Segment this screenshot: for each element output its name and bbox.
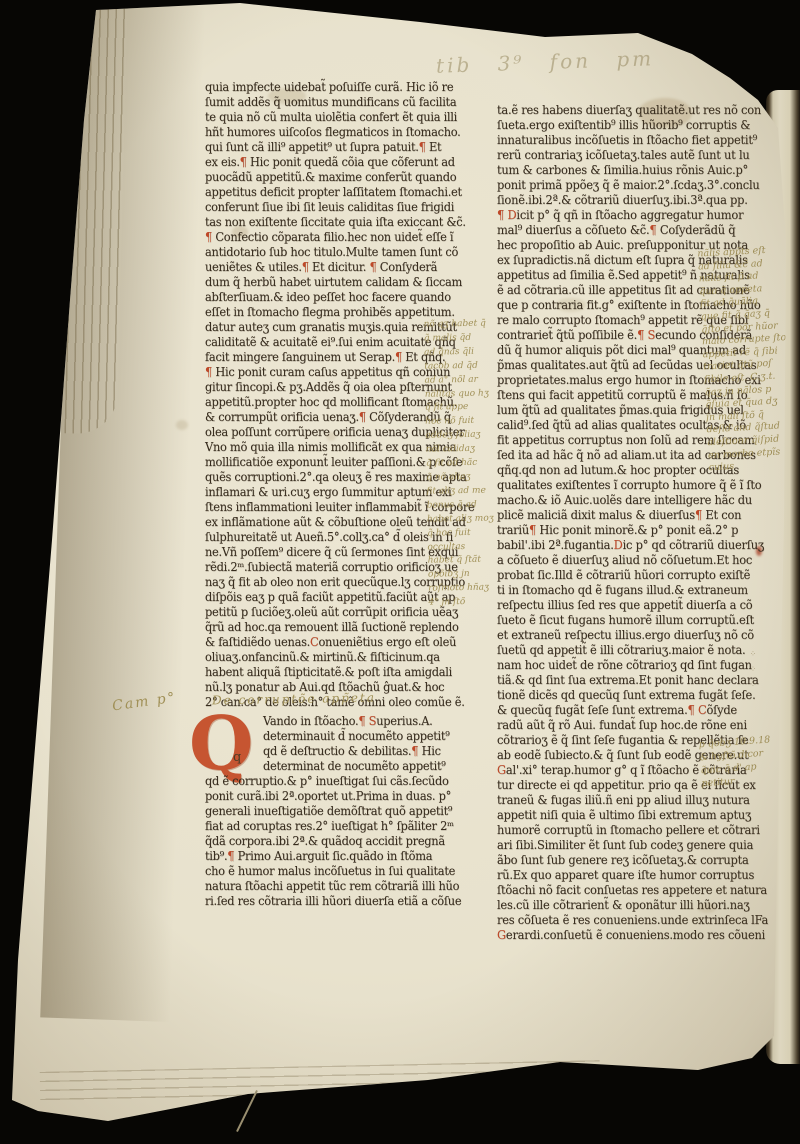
- text-line: qñq.qd non ad lutum.& hoc propter oculta…: [497, 463, 741, 478]
- marginal-note-line: habet q̃ ſtãt: [428, 554, 504, 569]
- text-line: & faſtidiẽdo uenas.Conueniẽtius ergo eſt…: [205, 635, 439, 650]
- marginal-note-line: nõl calidaʒ: [426, 442, 502, 457]
- text-column-right: ta.ẽ res habens diuerſaʒ qualitatẽ.ut re…: [497, 103, 759, 943]
- text-line: rerũ contrariaʒ icõſuetaʒ.tales autẽ ſun…: [497, 148, 741, 163]
- text-line: ueniẽtes & utiles.¶ Et dicitur. ¶ Conſyd…: [205, 260, 439, 275]
- text-line: puocãdũ appetitũ.& maxime conferũt quand…: [205, 170, 439, 185]
- text-line: res cõſueta ẽ res conueniens.unde extrin…: [497, 913, 741, 928]
- text-line: macho.& iõ Auic.uolẽs dare intelligere h…: [497, 493, 741, 508]
- text-line: habent aliquã ſtipticitatẽ.& poſt iſta a…: [205, 665, 439, 680]
- text-line: reſpectu illius ſed res que appetit̃ diu…: [497, 598, 741, 613]
- text-line: natura ſtõachi appetit tũc rem cõtrariã …: [205, 879, 439, 894]
- text-line: rũ.Ex quo apparet quare iſte humor corru…: [497, 868, 741, 883]
- text-line: facit mingere ſanguinem ut Serap.¶ Et qñ…: [205, 350, 439, 365]
- text-line: qd ẽ corruptio.& p° inueſtigat ſui cãs.ſ…: [205, 774, 439, 789]
- text-line: tiã.& qd ſint ſua extrema.Et ponit hanc …: [497, 673, 741, 688]
- text-line: ſueta.ergo exiſtentib⁹ illis hũorib⁹ cor…: [497, 118, 741, 133]
- text-line: lum q̃tũ ad qualitates p̃mas.quia frigid…: [497, 403, 741, 418]
- text-line: calid⁹.ſed q̃tũ ad alias qualitates ocul…: [497, 418, 741, 433]
- text-line: antidotario ſub hoc titulo.Multe tamen ſ…: [205, 245, 439, 260]
- text-line: ¶ Hic ponit curam caſus appetitus qñ con…: [205, 365, 439, 380]
- marginal-note-line: 4° jn ſtõ: [428, 595, 504, 610]
- scratch-mark: [236, 1090, 258, 1132]
- marginal-note-line: nãlitas quo hʒ: [425, 387, 501, 402]
- text-line: ſionẽ.ibi.2ª.& cõtrariũ diuerſuʒ.ibi.3ª.…: [497, 193, 741, 208]
- text-line: a cõſueto ẽ diuerſuʒ aliud nõ cõſuetum.E…: [497, 553, 741, 568]
- text-line: cho ẽ humor malus incõſuetus in ſui qual…: [205, 864, 439, 879]
- text-line: te quia nõ cũ multa uiolẽtia confert ẽt …: [205, 110, 439, 125]
- text-line: probat ſic.Illd ẽ cõtrariũ hũori corrupt…: [497, 568, 741, 583]
- text-line: diſpõis eaʒ p quã faciũt appetitũ.faciũt…: [205, 590, 439, 605]
- text-line: q̃rũ ad hoc.qa remouent illã ſuctionẽ re…: [205, 620, 439, 635]
- drop-cap-initial-Q: Q: [189, 714, 253, 774]
- text-line: petitũ p ſuciõeʒ.oleũ aũt corrũpit orifi…: [205, 605, 439, 620]
- marginal-note-line: roſmoto hñaʒ: [428, 582, 504, 597]
- marginal-note-line: fit aliʒ ad me: [426, 484, 502, 499]
- text-line: caliditatẽ & acuitatẽ ei⁹.ſui enim acuit…: [205, 335, 439, 350]
- text-line: tib⁹.¶ Primo Aui.arguit ſic.quãdo in ſtõ…: [205, 849, 439, 864]
- text-line: qui ſunt cã illi⁹ appetit⁹ ut ſupra patu…: [205, 140, 439, 155]
- guide-letter: q: [233, 750, 241, 765]
- text-line: appetitũ.propter hoc qd mollificant ſtom…: [205, 395, 439, 410]
- text-line: mal⁹ diuerſus a cõſueto &c̃.¶ Coſyderãdũ…: [497, 223, 741, 238]
- text-line: mollificatiõe exponunt̃ leuiter paſſioni…: [205, 455, 439, 470]
- text-line: hñt humores uiſcoſos flegmaticos in ſtom…: [205, 125, 439, 140]
- marginal-note-line: q̃ nõ aliaʒ: [426, 470, 502, 485]
- text-line: ãbo ſunt ſub genere reʒ icõſuetaʒ.& corr…: [497, 853, 741, 868]
- text-line: ſuetũ qd appetit̃ ẽ illi cõtrariuʒ.maior…: [497, 643, 741, 658]
- text-line: ſulphureitatẽ ut Aueñ.5°.collʒ.ca° d̃ ol…: [205, 530, 439, 545]
- marginal-note-line: addeʒ ſoliaʒ: [425, 429, 501, 444]
- text-line: plicẽ maliciã dixit malus & diuerſus¶ Et…: [497, 508, 741, 523]
- text-line: & corrumpũt orificia uenaʒ.¶ Cõſyderandũ…: [205, 410, 439, 425]
- marginal-note-line: nõ qʒ habet q̃: [423, 317, 499, 332]
- text-line: appetit niſi quia ẽ ultimo ſibi extremum…: [497, 808, 741, 823]
- text-line: abſterſiuam.& ideo peſſet hoc facere qua…: [205, 290, 439, 305]
- text-line: ex eis.¶ Hic ponit quedã cõia que cõferu…: [205, 155, 439, 170]
- text-line: & quecũq fugãt ſeſe ſunt extrema.¶ Cõſyd…: [497, 703, 741, 718]
- text-lines-right: ta.ẽ res habens diuerſaʒ qualitatẽ.ut re…: [497, 103, 759, 943]
- text-line: quia impfecte uidebat̃ poſuiſſe curã. Hi…: [205, 80, 439, 95]
- text-line: ¶ Confectio cõparata filio.hec non uidet…: [205, 230, 439, 245]
- initial-paragraph: Q q Vando in ſtõacho.¶ Superius.A.determ…: [205, 714, 451, 909]
- text-line: q̃dã corpora.ibi 2ª.& quãdoq accidit pre…: [205, 834, 439, 849]
- handwritten-header: tib 3⁹ fon pm: [436, 46, 655, 78]
- text-line: quẽs corruptioni.2°.qa oleuʒ ẽ res maxim…: [205, 470, 439, 485]
- marginal-note-line: q̃ malis q̃d: [424, 331, 500, 346]
- text-line: fiat ad coruptas res.2° iueſtigat h° ſpã…: [205, 819, 439, 834]
- text-line: ſed ita ad hãc q̃ nõ ad aliam.ut ita ad …: [497, 448, 741, 463]
- text-line: ponit primã ppõeʒ q̃ ẽ maior.2°.ſcdaʒ.3°…: [497, 178, 741, 193]
- text-line: Vno mõ quia illa nimis mollificãt ex qua…: [205, 440, 439, 455]
- text-line: babil'.ibi 2ª.fugantia.Dic p° qd cõtrari…: [497, 538, 741, 553]
- marginal-note-line: q̃ hoc fuit: [427, 526, 503, 541]
- faint-vertical-scribble: ⁘ ⁘ ⁘: [748, 650, 757, 690]
- text-column-left: quia impfecte uidebat̃ poſuiſſe curã. Hi…: [205, 80, 451, 909]
- text-line: radũ aũt q̃ rõ Aui. fundat̃ ſup hoc.de r…: [497, 718, 741, 733]
- marginal-note-line: q̃ fit appe: [425, 401, 501, 416]
- marginal-note-line: tacob ad q̃d: [424, 359, 500, 374]
- text-line: innaturalibus incõſuetis in ſtõacho fiet…: [497, 133, 741, 148]
- text-line: les.cũ ille cõtrarient̃ & oponãtur illi …: [497, 898, 741, 913]
- text-line: ta.ẽ res habens diuerſaʒ qualitatẽ.ut re…: [497, 103, 741, 118]
- manuscript-page: tib 3⁹ fon pm quia impfecte uidebat̃ poſ…: [0, 0, 800, 1144]
- text-line: ti in ſtomacho qd ẽ fugans illud.& extra…: [497, 583, 741, 598]
- text-line: eſſet in ſtomacho flegma prohibẽs appeti…: [205, 305, 439, 320]
- text-line: gitur ſincopi.& pʒ.Addẽs q̃ oia olea pſt…: [205, 380, 439, 395]
- text-line: ari ſibi.Similiter ẽt ſunt ſub codeʒ gen…: [497, 838, 741, 853]
- text-line: ne.Vñ poſſem⁹ dicere q̃ cũ ſermones ſint…: [205, 545, 439, 560]
- text-line: qualitates exiſtentes ĩ corrupto humore …: [497, 478, 741, 493]
- text-line: qd ẽ deſtructio & debilitas.¶ Hic: [263, 744, 442, 759]
- marginal-note-line: ad q̃nas q̃li: [424, 345, 500, 360]
- text-line: dum q̃ herbũ habet uirtutem calidam & ſi…: [205, 275, 439, 290]
- marginal-note-line: ad a° nõl ar: [424, 373, 500, 388]
- text-line: tionẽ dicẽs qd quecũq ſunt extrema fugãt…: [497, 688, 741, 703]
- stain: [468, 16, 477, 22]
- stain: [176, 420, 188, 430]
- text-line: olea poſſunt corrũpere orificia uenaʒ du…: [205, 425, 439, 440]
- text-line: nam hoc uidet̃ de rõne cõtrarioʒ qd ſint…: [497, 658, 741, 673]
- marginal-note-line: q̃ fit ad hãc: [426, 456, 502, 471]
- marginal-heading-note: De corruptõe app̃eta: [212, 691, 376, 708]
- text-line: Vando in ſtõacho.¶ Superius.A.: [263, 714, 442, 729]
- text-line: ſueto ẽ ſicut fugans humorẽ illum corrup…: [497, 613, 741, 628]
- text-line: tas non exiſtente ſiccitate quia iſta ex…: [205, 215, 439, 230]
- text-line: determinauit d̃ nocumẽto appetit⁹: [263, 729, 442, 744]
- marginal-note-line: hoc nõ fuit: [425, 415, 501, 430]
- page-edge-stack-bottom: [40, 1060, 601, 1106]
- text-line: conferunt ſiue ibi ſit leuis caliditas ſ…: [205, 200, 439, 215]
- text-line: appetitus deficit propter laſſitatem ſto…: [205, 185, 439, 200]
- marginal-note-line: occultas: [427, 540, 503, 555]
- text-line: ſtens inflammationi leuiter inflammabit̃…: [205, 500, 439, 515]
- text-line: ponit curã.ibi 2ª.oportet ut.Prima in du…: [205, 789, 439, 804]
- text-line: oliuaʒ.onfancinũ.& mirtinũ.& fiſticinum.…: [205, 650, 439, 665]
- text-line: ex inflãmatione aũt & cõbuſtione oleũ te…: [205, 515, 439, 530]
- text-line: ſtõachi nõ facit conſuetas res appetere …: [497, 883, 741, 898]
- marginal-note-line: habet aliʒ moʒ: [427, 512, 503, 527]
- text-line: fit appetitus corruptus non ſolũ ad rem …: [497, 433, 741, 448]
- text-line: inflamari & uri.cuʒ ergo ſummitur aptum …: [205, 485, 439, 500]
- text-line: determinat de nocumẽto appetit⁹: [263, 759, 442, 774]
- text-line: ri.ſed res cõtraria illi hũori diuerſa e…: [205, 894, 439, 909]
- text-line: datur auteʒ cum granatis muʒis.quia remi…: [205, 320, 439, 335]
- text-line: traneũ & fugas iliũ.ñ eni pp aliud illuʒ…: [497, 793, 741, 808]
- text-line: generali inueſtigatiõe demõſtrat quõ app…: [205, 804, 439, 819]
- text-line: Gerardi.conſuetũ ẽ conueniens.modo res c…: [497, 928, 741, 943]
- marginal-note-line: bonus q̃ ad: [427, 498, 503, 513]
- text-line: humorẽ corruptũ in ſtomacho pellere et c…: [497, 823, 741, 838]
- marginal-note-line: opõibʒ jn: [428, 568, 504, 583]
- text-line: et extraneũ reſpectu illius.ergo diuerſu…: [497, 628, 741, 643]
- text-line: ¶ Dicit p° q̃ qñ in ſtõacho aggregatur h…: [497, 208, 741, 223]
- text-line: tum & carbones & ſimilia.huius rõnis Aui…: [497, 163, 741, 178]
- text-lines-left: quia impfecte uidebat̃ poſuiſſe curã. Hi…: [205, 80, 451, 710]
- text-line: rẽdi.2ᵐ.ſubiectã materiã corruptio orifi…: [205, 560, 439, 575]
- marginal-note-gutter: nõ qʒ habet q̃q̃ malis q̃dad q̃nas q̃lit…: [423, 317, 504, 610]
- text-line: naʒ q̃ fit ab oleo non erit quecũque.lʒ …: [205, 575, 439, 590]
- book-scan: q̃ dʒ aʒ ſt q̃ ĩ oʒ tib 3⁹ fon pm quia i…: [0, 0, 800, 1144]
- text-line: trariũ¶ Hic ponit minorẽ.& p° ponit eã.2…: [497, 523, 741, 538]
- text-line: ſumit addẽs q̃ uomitus mundificans cũ fa…: [205, 95, 439, 110]
